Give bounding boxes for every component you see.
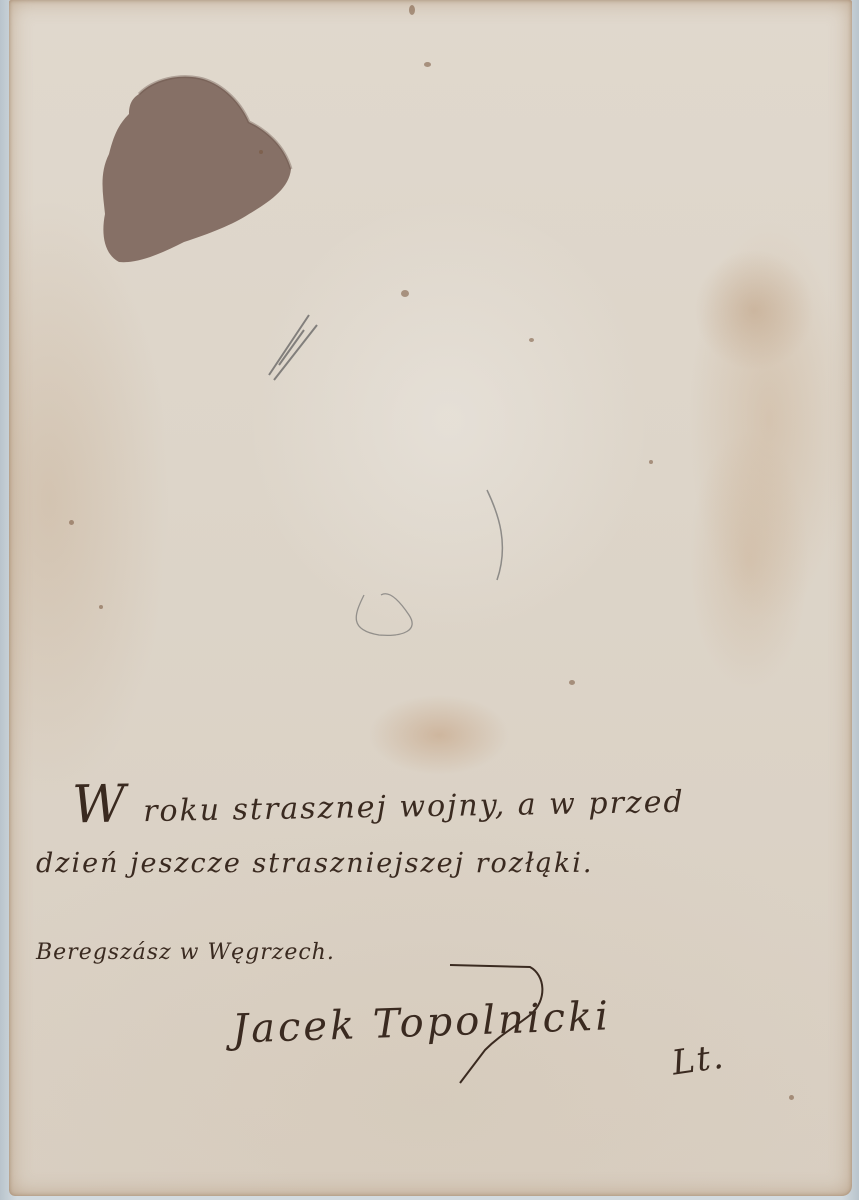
handwritten-inscription: W roku strasznej wojny, a w przed dzień … [0,0,859,1200]
inscription-line-1: W roku strasznej wojny, a w przed [72,765,686,836]
signature-suffix: Lt. [669,1037,727,1084]
inscription-line-1-text: roku strasznej wojny, a w przed [131,785,685,830]
inscription-line-2: dzień jeszcze straszniejszej rozłąki. [36,848,593,879]
inscription-place: Beregszász w Węgrzech. [36,940,335,965]
inscription-initial: W [72,774,128,835]
